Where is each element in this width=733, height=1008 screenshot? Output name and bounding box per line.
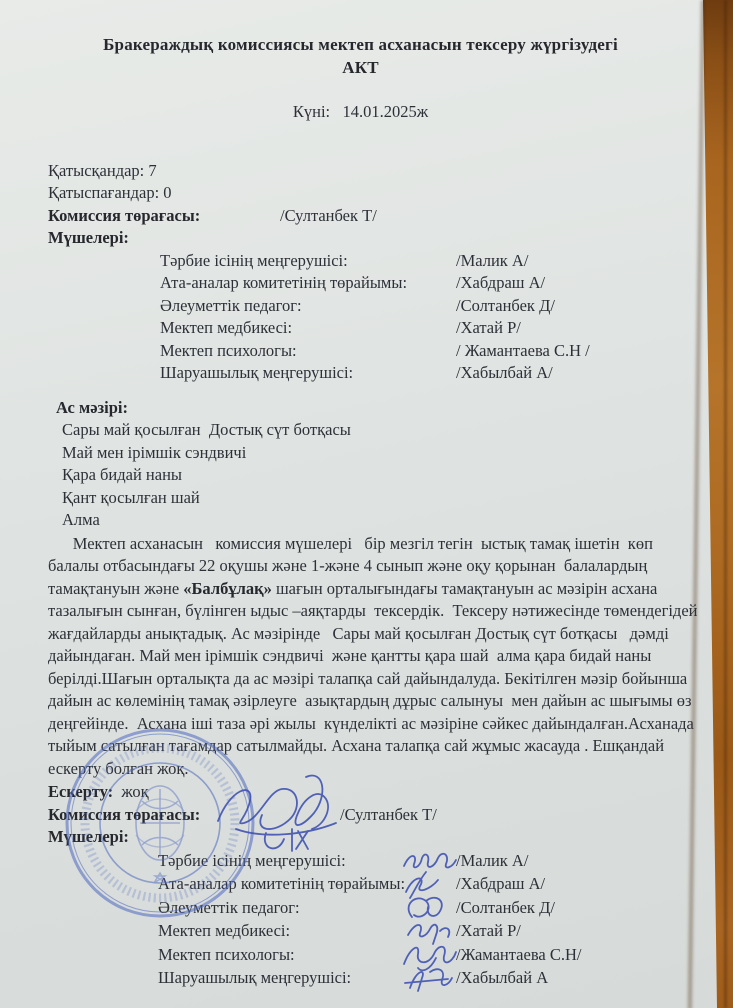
document-content: Бракераждық комиссиясы мектеп асханасын … <box>0 0 703 1008</box>
menu-section: Ас мәзірі: Сары май қосылған Достық сүт … <box>48 397 673 532</box>
signing-member-row: Мектеп медбикесі: /Хатай Р/ <box>158 919 673 943</box>
member-row: Әлеуметтік педагог: /Солтанбек Д/ <box>160 295 673 318</box>
signing-member-name: /Хатай Р/ <box>456 919 521 943</box>
photo-of-document: { "doc": { "title_line1": "Бракераждық к… <box>0 0 733 1008</box>
date-line: Күні: 14.01.2025ж <box>48 101 673 124</box>
member-label: Ата-аналар комитетінің төрайымы: <box>160 272 456 295</box>
member-row: Мектеп психологы: / Жамантаева С.Н / <box>160 340 673 363</box>
chairman-signature <box>208 765 358 861</box>
menu-item: Сары май қосылған Достық сүт ботқасы <box>62 419 673 442</box>
signing-member-label: Шаруашылық меңгерушісі: <box>158 966 410 990</box>
menu-item: Май мен ірімшік сэндвичі <box>62 442 673 465</box>
member-row: Шаруашылық меңгерушісі: /Хабылбай А/ <box>160 362 673 385</box>
member-row: Ата-аналар комитетінің төрайымы: /Хабдра… <box>160 272 673 295</box>
member-name: / Жамантаева С.Н / <box>456 340 590 363</box>
member-name: /Хатай Р/ <box>456 317 521 340</box>
member-name: /Хабылбай А/ <box>456 362 553 385</box>
member-name: /Хабдраш А/ <box>456 272 545 295</box>
member-name: /Малик А/ <box>456 250 528 273</box>
attendance-absent: Қатыспағандар: 0 <box>48 182 673 205</box>
signing-member-name: /Жамантаева С.Н/ <box>456 943 581 967</box>
paragraph-bold-term: «Балбұлақ» <box>183 579 272 598</box>
member-name: /Солтанбек Д/ <box>456 295 555 318</box>
signature-section: Ескерту: жоқ Комиссия төрағасы: /Султанб… <box>48 781 673 990</box>
signing-member-label: Мектеп медбикесі: <box>158 919 410 943</box>
member-label: Мектеп психологы: <box>160 340 456 363</box>
document-title-line2: АКТ <box>48 57 673 80</box>
member-label: Шаруашылық меңгерушісі: <box>160 362 456 385</box>
chairman-label: Комиссия төрағасы: <box>48 205 280 228</box>
signing-member-name: /Хабылбай А <box>456 966 548 990</box>
member-label: Мектеп медбикесі: <box>160 317 456 340</box>
menu-item: Қант қосылған шай <box>62 487 673 510</box>
member-label: Әлеуметтік педагог: <box>160 295 456 318</box>
wood-grain-line <box>724 0 727 1008</box>
signing-member-row: Шаруашылық меңгерушісі: /Хабылбай А <box>158 966 673 990</box>
attendance-present: Қатысқандар: 7 <box>48 160 673 183</box>
signing-member-name: /Малик А/ <box>456 849 528 873</box>
signing-member-name: /Хабдраш А/ <box>456 872 545 896</box>
member-signature <box>410 967 456 990</box>
chairman-name: /Султанбек Т/ <box>280 205 377 228</box>
menu-item: Қара бидай наны <box>62 464 673 487</box>
member-label: Тәрбие ісінің меңгерушісі: <box>160 250 456 273</box>
signing-member-label: Мектеп психологы: <box>158 943 410 967</box>
document-title-line1: Бракераждық комиссиясы мектеп асханасын … <box>48 34 673 57</box>
member-row: Мектеп медбикесі: /Хатай Р/ <box>160 317 673 340</box>
signing-member-name: /Солтанбек Д/ <box>456 896 555 920</box>
member-row: Тәрбие ісінің меңгерушісі: /Малик А/ <box>160 250 673 273</box>
menu-item: Алма <box>62 509 673 532</box>
menu-heading: Ас мәзірі: <box>56 397 673 420</box>
signing-member-row: Мектеп психологы: /Жамантаева С.Н/ <box>158 943 673 967</box>
members-heading: Мүшелері: <box>48 227 673 250</box>
chairman-row: Комиссия төрағасы: /Султанбек Т/ <box>48 205 673 228</box>
